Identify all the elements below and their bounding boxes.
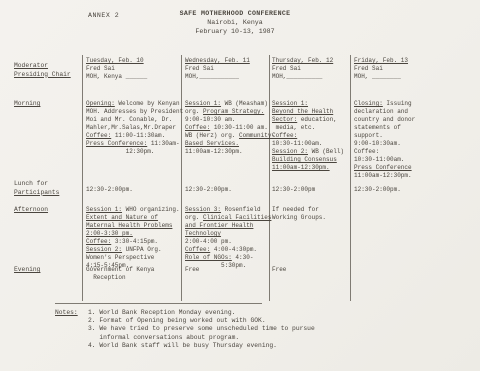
note-item-line: 2. Format of Opening being worked out wi… xyxy=(88,317,315,325)
column-divider xyxy=(82,55,83,301)
cell-lunch-thu: 12:30-2:00pm xyxy=(272,186,315,194)
column-divider xyxy=(181,55,182,301)
note-item-line: 3. We have tried to preserve some unsche… xyxy=(88,325,315,333)
cell-afternoon-wed: Session 3: Rosenfieldorg. Clinical Facil… xyxy=(185,206,271,270)
cell-evening-tue: Government of Kenya Reception xyxy=(86,266,154,282)
note-item-line: informal conversations about program. xyxy=(88,334,315,342)
cell-morning-fri: Closing: Issuingdeclaration andcountry a… xyxy=(354,100,415,180)
column-divider xyxy=(350,55,351,301)
cell-header-fri: Friday, Feb. 13Fred SaiMOH, ________ xyxy=(354,57,408,81)
notes-divider xyxy=(55,303,262,304)
cell-afternoon-thu: If needed forWorking Groups. xyxy=(272,206,326,222)
row-label-evening: Evening xyxy=(14,266,40,275)
cell-morning-thu: Session 1:Beyond the HealthSector: educa… xyxy=(272,100,344,172)
cell-header-wed: Wednesday, Feb. 11Fred SaiMOH,__________… xyxy=(185,57,250,81)
notes-label: Notes: xyxy=(55,309,78,316)
cell-lunch-wed: 12:30-2:00pm. xyxy=(185,186,232,194)
cell-header-thu: Thursday, Feb. 12Fred SaiMOH,__________ xyxy=(272,57,333,81)
conference-header: SAFE MOTHERHOOD CONFERENCE Nairobi, Keny… xyxy=(150,9,320,36)
cell-header-tue: Tuesday, Feb. 10Fred SaiMOH, Kenya _____… xyxy=(86,57,147,81)
cell-evening-thu: Free xyxy=(272,266,286,274)
cell-lunch-fri: 12:30-2:00pm. xyxy=(354,186,401,194)
cell-afternoon-tue: Session 1: WHO organizing.Extent and Nat… xyxy=(86,206,180,270)
cell-lunch-tue: 12:30-2:00pm. xyxy=(86,186,133,194)
row-label-afternoon: Afternoon xyxy=(14,206,48,215)
cell-morning-tue: Opening: Welcome by KenyanMOH. Addresses… xyxy=(86,100,183,156)
annex-label: ANNEX 2 xyxy=(88,12,119,19)
note-item-line: 4. World Bank staff will be busy Thursda… xyxy=(88,342,315,350)
row-label-morning: Morning xyxy=(14,100,40,109)
conference-dates: February 10-13, 1987 xyxy=(150,27,320,36)
cell-evening-wed: Free xyxy=(185,266,199,274)
cell-morning-wed: Session 1: WB (Measham)org. Program Stra… xyxy=(185,100,275,156)
notes-section: 1. World Bank Reception Monday evening.2… xyxy=(88,309,315,350)
scanned-schedule-page: ANNEX 2 SAFE MOTHERHOOD CONFERENCE Nairo… xyxy=(0,0,480,371)
row-label-moderator: ModeratorPresiding Chair xyxy=(14,62,71,79)
conference-location: Nairobi, Kenya xyxy=(150,18,320,27)
conference-title: SAFE MOTHERHOOD CONFERENCE xyxy=(150,9,320,18)
row-label-lunch: Lunch forParticipants xyxy=(14,180,59,197)
note-item-line: 1. World Bank Reception Monday evening. xyxy=(88,309,315,317)
